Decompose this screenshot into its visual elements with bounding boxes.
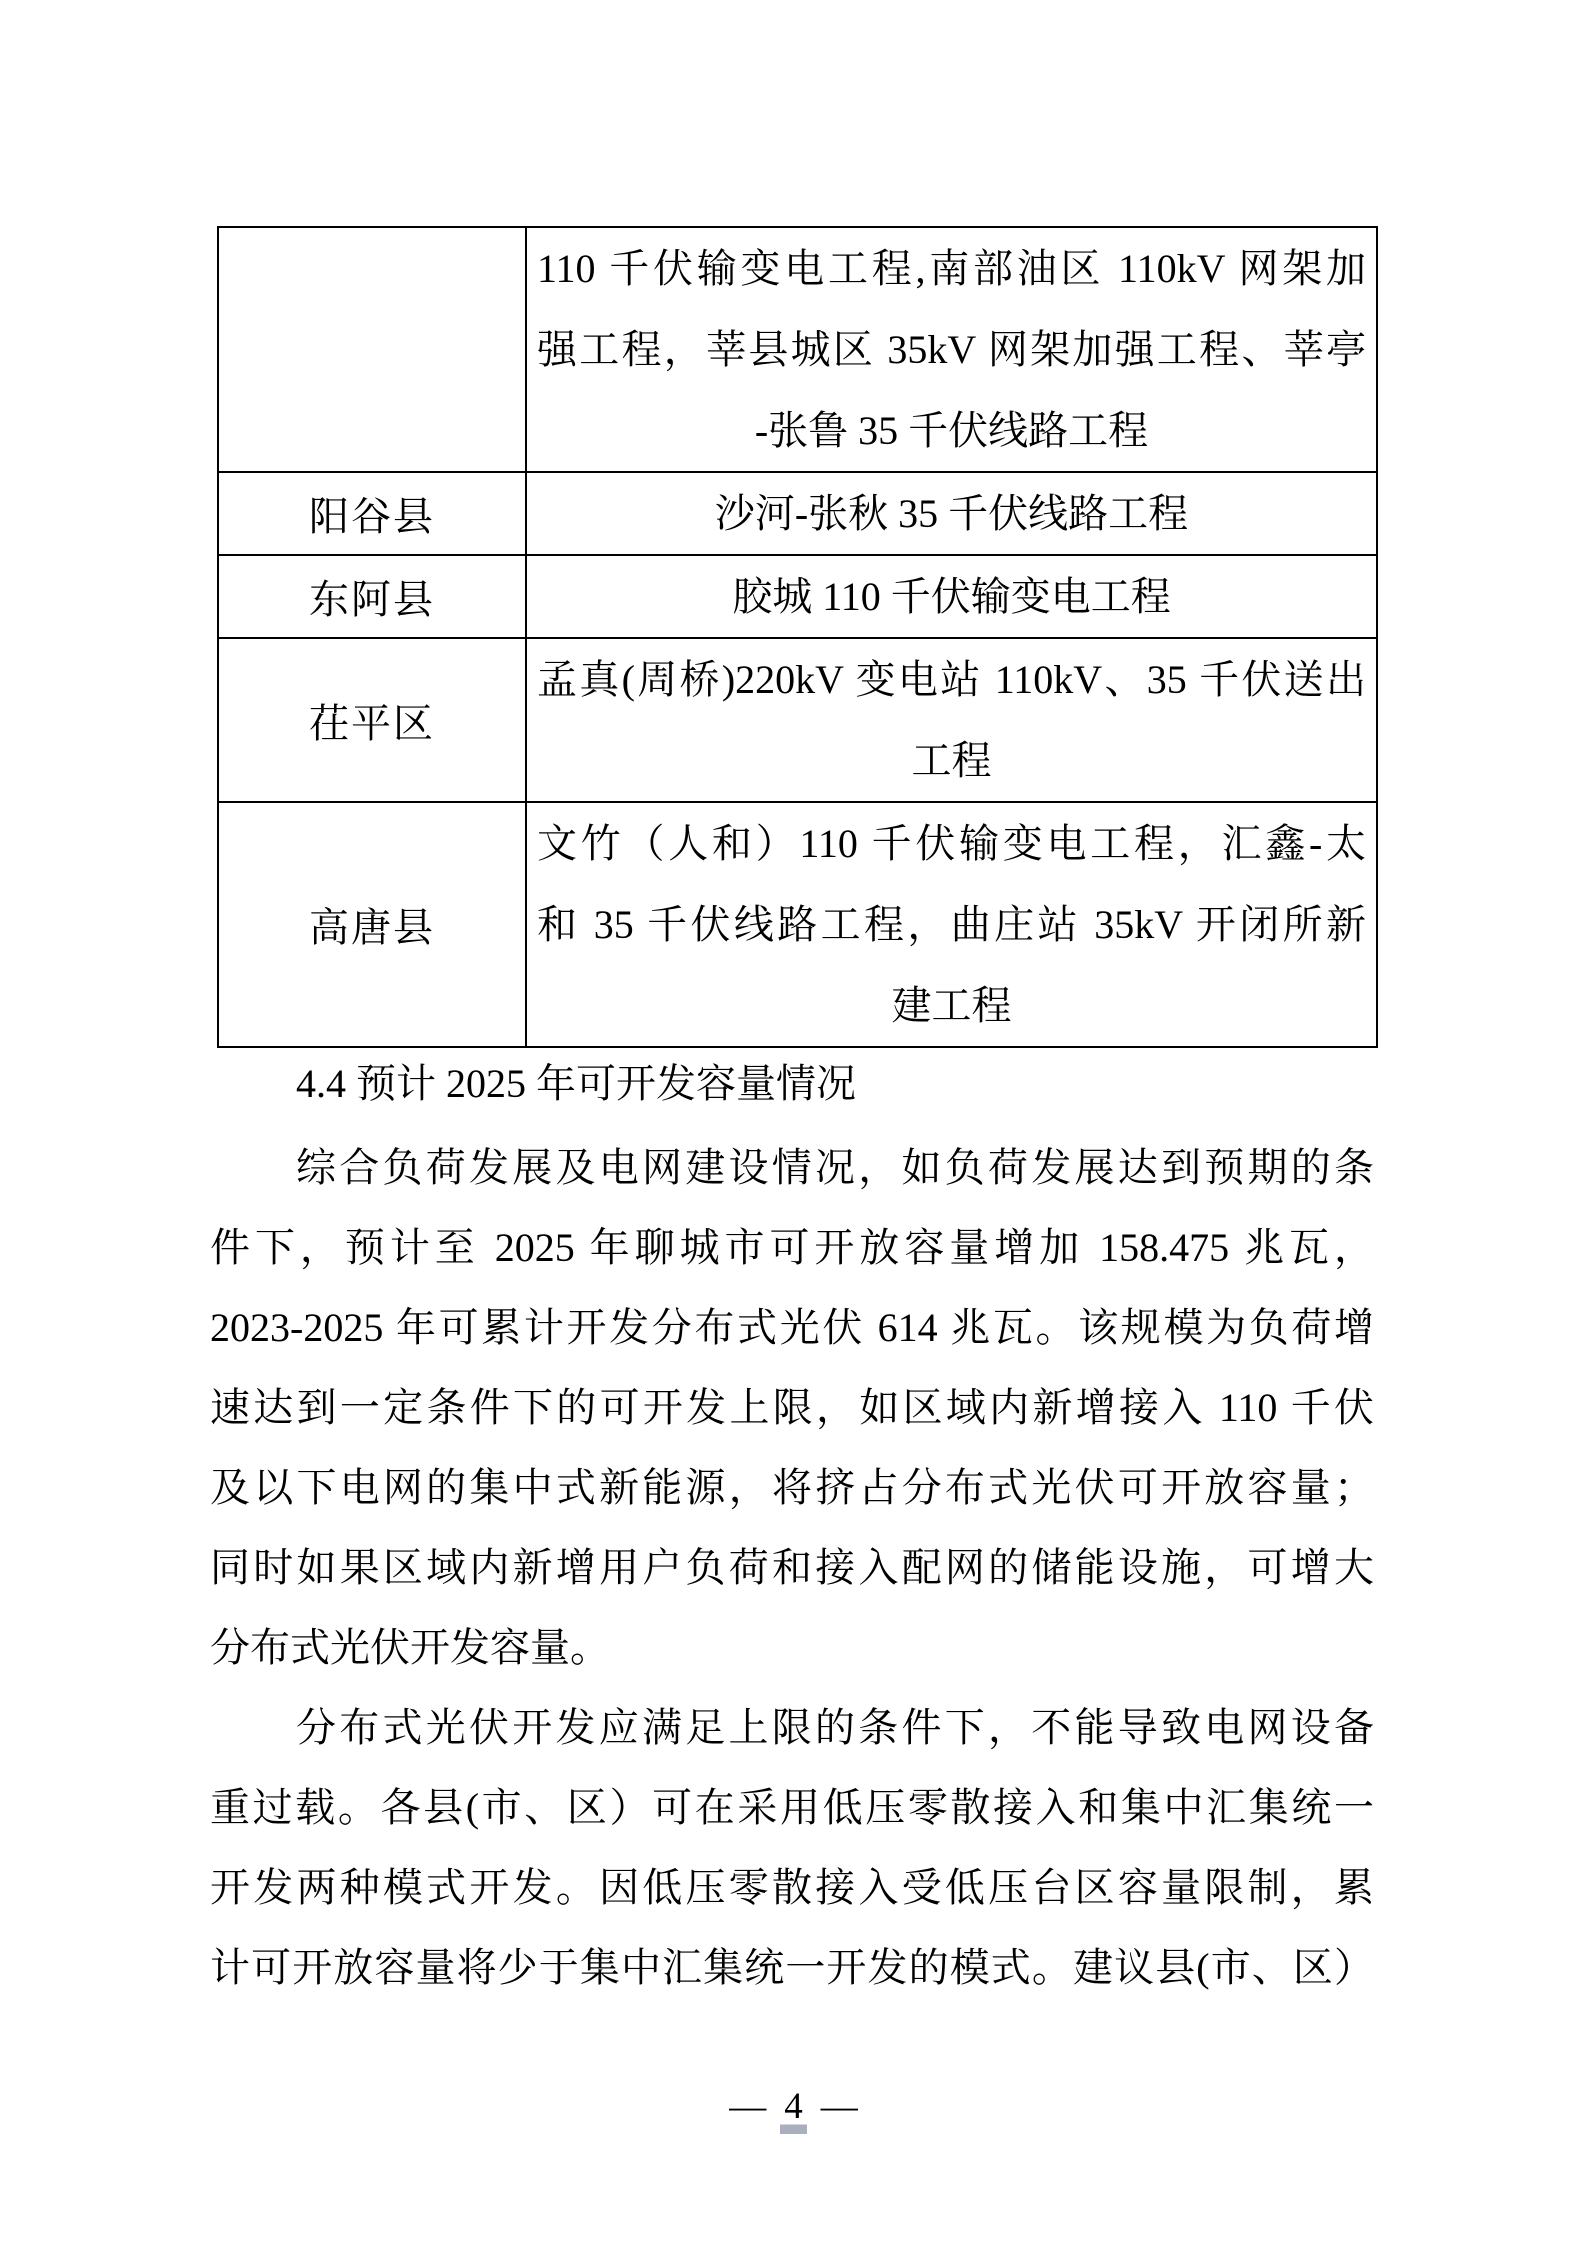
body-line: 重过载。各县(市、区）可在采用低压零散接入和集中汇集统一 <box>210 1768 1374 1848</box>
table-cell-county: 阳谷县 <box>218 472 526 555</box>
body-line: 及以下电网的集中式新能源，将挤占分布式光伏可开放容量； <box>210 1448 1374 1528</box>
table-cell-projects: 胶城 110 千伏输变电工程 <box>526 555 1377 638</box>
project-line: 110 千伏输变电工程,南部油区 110kV 网架加 <box>527 228 1376 309</box>
table-cell-projects: 110 千伏输变电工程,南部油区 110kV 网架加 强工程，莘县城区 35kV… <box>526 227 1377 472</box>
page-number: 4 <box>780 2067 807 2147</box>
page-footer: —4— <box>0 2067 1587 2147</box>
county-label: 茌平区 <box>309 701 435 746</box>
footer-left-dash: — <box>729 2067 766 2147</box>
grid-projects-table: 110 千伏输变电工程,南部油区 110kV 网架加 强工程，莘县城区 35kV… <box>217 226 1378 1048</box>
project-line: 胶城 110 千伏输变电工程 <box>527 556 1376 637</box>
project-line: 孟真(周桥)220kV 变电站 110kV、35 千伏送出 <box>527 639 1376 720</box>
body-line: 开发两种模式开发。因低压零散接入受低压台区容量限制，累 <box>210 1848 1374 1928</box>
table-cell-projects: 文竹（人和）110 千伏输变电工程，汇鑫-太 和 35 千伏线路工程，曲庄站 3… <box>526 802 1377 1047</box>
table-cell-county <box>218 227 526 472</box>
table-row: 东阿县 胶城 110 千伏输变电工程 <box>218 555 1377 638</box>
county-label: 高唐县 <box>309 905 435 950</box>
table-row: 高唐县 文竹（人和）110 千伏输变电工程，汇鑫-太 和 35 千伏线路工程，曲… <box>218 802 1377 1047</box>
body-line: 分布式光伏开发容量。 <box>210 1608 1374 1688</box>
project-line: 文竹（人和）110 千伏输变电工程，汇鑫-太 <box>527 803 1376 884</box>
footer-right-dash: — <box>821 2067 858 2147</box>
body-line: 速达到一定条件下的可开发上限，如区域内新增接入 110 千伏 <box>210 1368 1374 1448</box>
table-row: 阳谷县 沙河-张秋 35 千伏线路工程 <box>218 472 1377 555</box>
body-line: 同时如果区域内新增用户负荷和接入配网的储能设施，可增大 <box>210 1528 1374 1608</box>
county-label: 东阿县 <box>309 577 435 622</box>
project-line: 建工程 <box>527 965 1376 1046</box>
document-page: 110 千伏输变电工程,南部油区 110kV 网架加 强工程，莘县城区 35kV… <box>0 0 1587 2245</box>
table-cell-projects: 孟真(周桥)220kV 变电站 110kV、35 千伏送出 工程 <box>526 638 1377 802</box>
paragraph-2: 分布式光伏开发应满足上限的条件下，不能导致电网设备 重过载。各县(市、区）可在采… <box>210 1688 1374 2008</box>
project-line: 沙河-张秋 35 千伏线路工程 <box>527 473 1376 554</box>
table-row: 茌平区 孟真(周桥)220kV 变电站 110kV、35 千伏送出 工程 <box>218 638 1377 802</box>
paragraph-1: 综合负荷发展及电网建设情况，如负荷发展达到预期的条 件下，预计至 2025 年聊… <box>210 1128 1374 1688</box>
table-cell-county: 东阿县 <box>218 555 526 638</box>
project-line: 工程 <box>527 720 1376 801</box>
table-cell-county: 茌平区 <box>218 638 526 802</box>
body-line: 综合负荷发展及电网建设情况，如负荷发展达到预期的条 <box>210 1128 1374 1208</box>
body-line: 件下，预计至 2025 年聊城市可开放容量增加 158.475 兆瓦， <box>210 1208 1374 1288</box>
section-heading: 4.4 预计 2025 年可开发容量情况 <box>210 1044 1374 1124</box>
county-label: 阳谷县 <box>309 494 435 539</box>
project-line: 和 35 千伏线路工程，曲庄站 35kV 开闭所新 <box>527 884 1376 965</box>
project-line: -张鲁 35 千伏线路工程 <box>527 390 1376 471</box>
body-line: 2023-2025 年可累计开发分布式光伏 614 兆瓦。该规模为负荷增 <box>210 1288 1374 1368</box>
table-row: 110 千伏输变电工程,南部油区 110kV 网架加 强工程，莘县城区 35kV… <box>218 227 1377 472</box>
body-line: 分布式光伏开发应满足上限的条件下，不能导致电网设备 <box>210 1688 1374 1768</box>
table-cell-projects: 沙河-张秋 35 千伏线路工程 <box>526 472 1377 555</box>
body-line: 计可开放容量将少于集中汇集统一开发的模式。建议县(市、区） <box>210 1928 1374 2008</box>
table-cell-county: 高唐县 <box>218 802 526 1047</box>
project-line: 强工程，莘县城区 35kV 网架加强工程、莘亭 <box>527 309 1376 390</box>
